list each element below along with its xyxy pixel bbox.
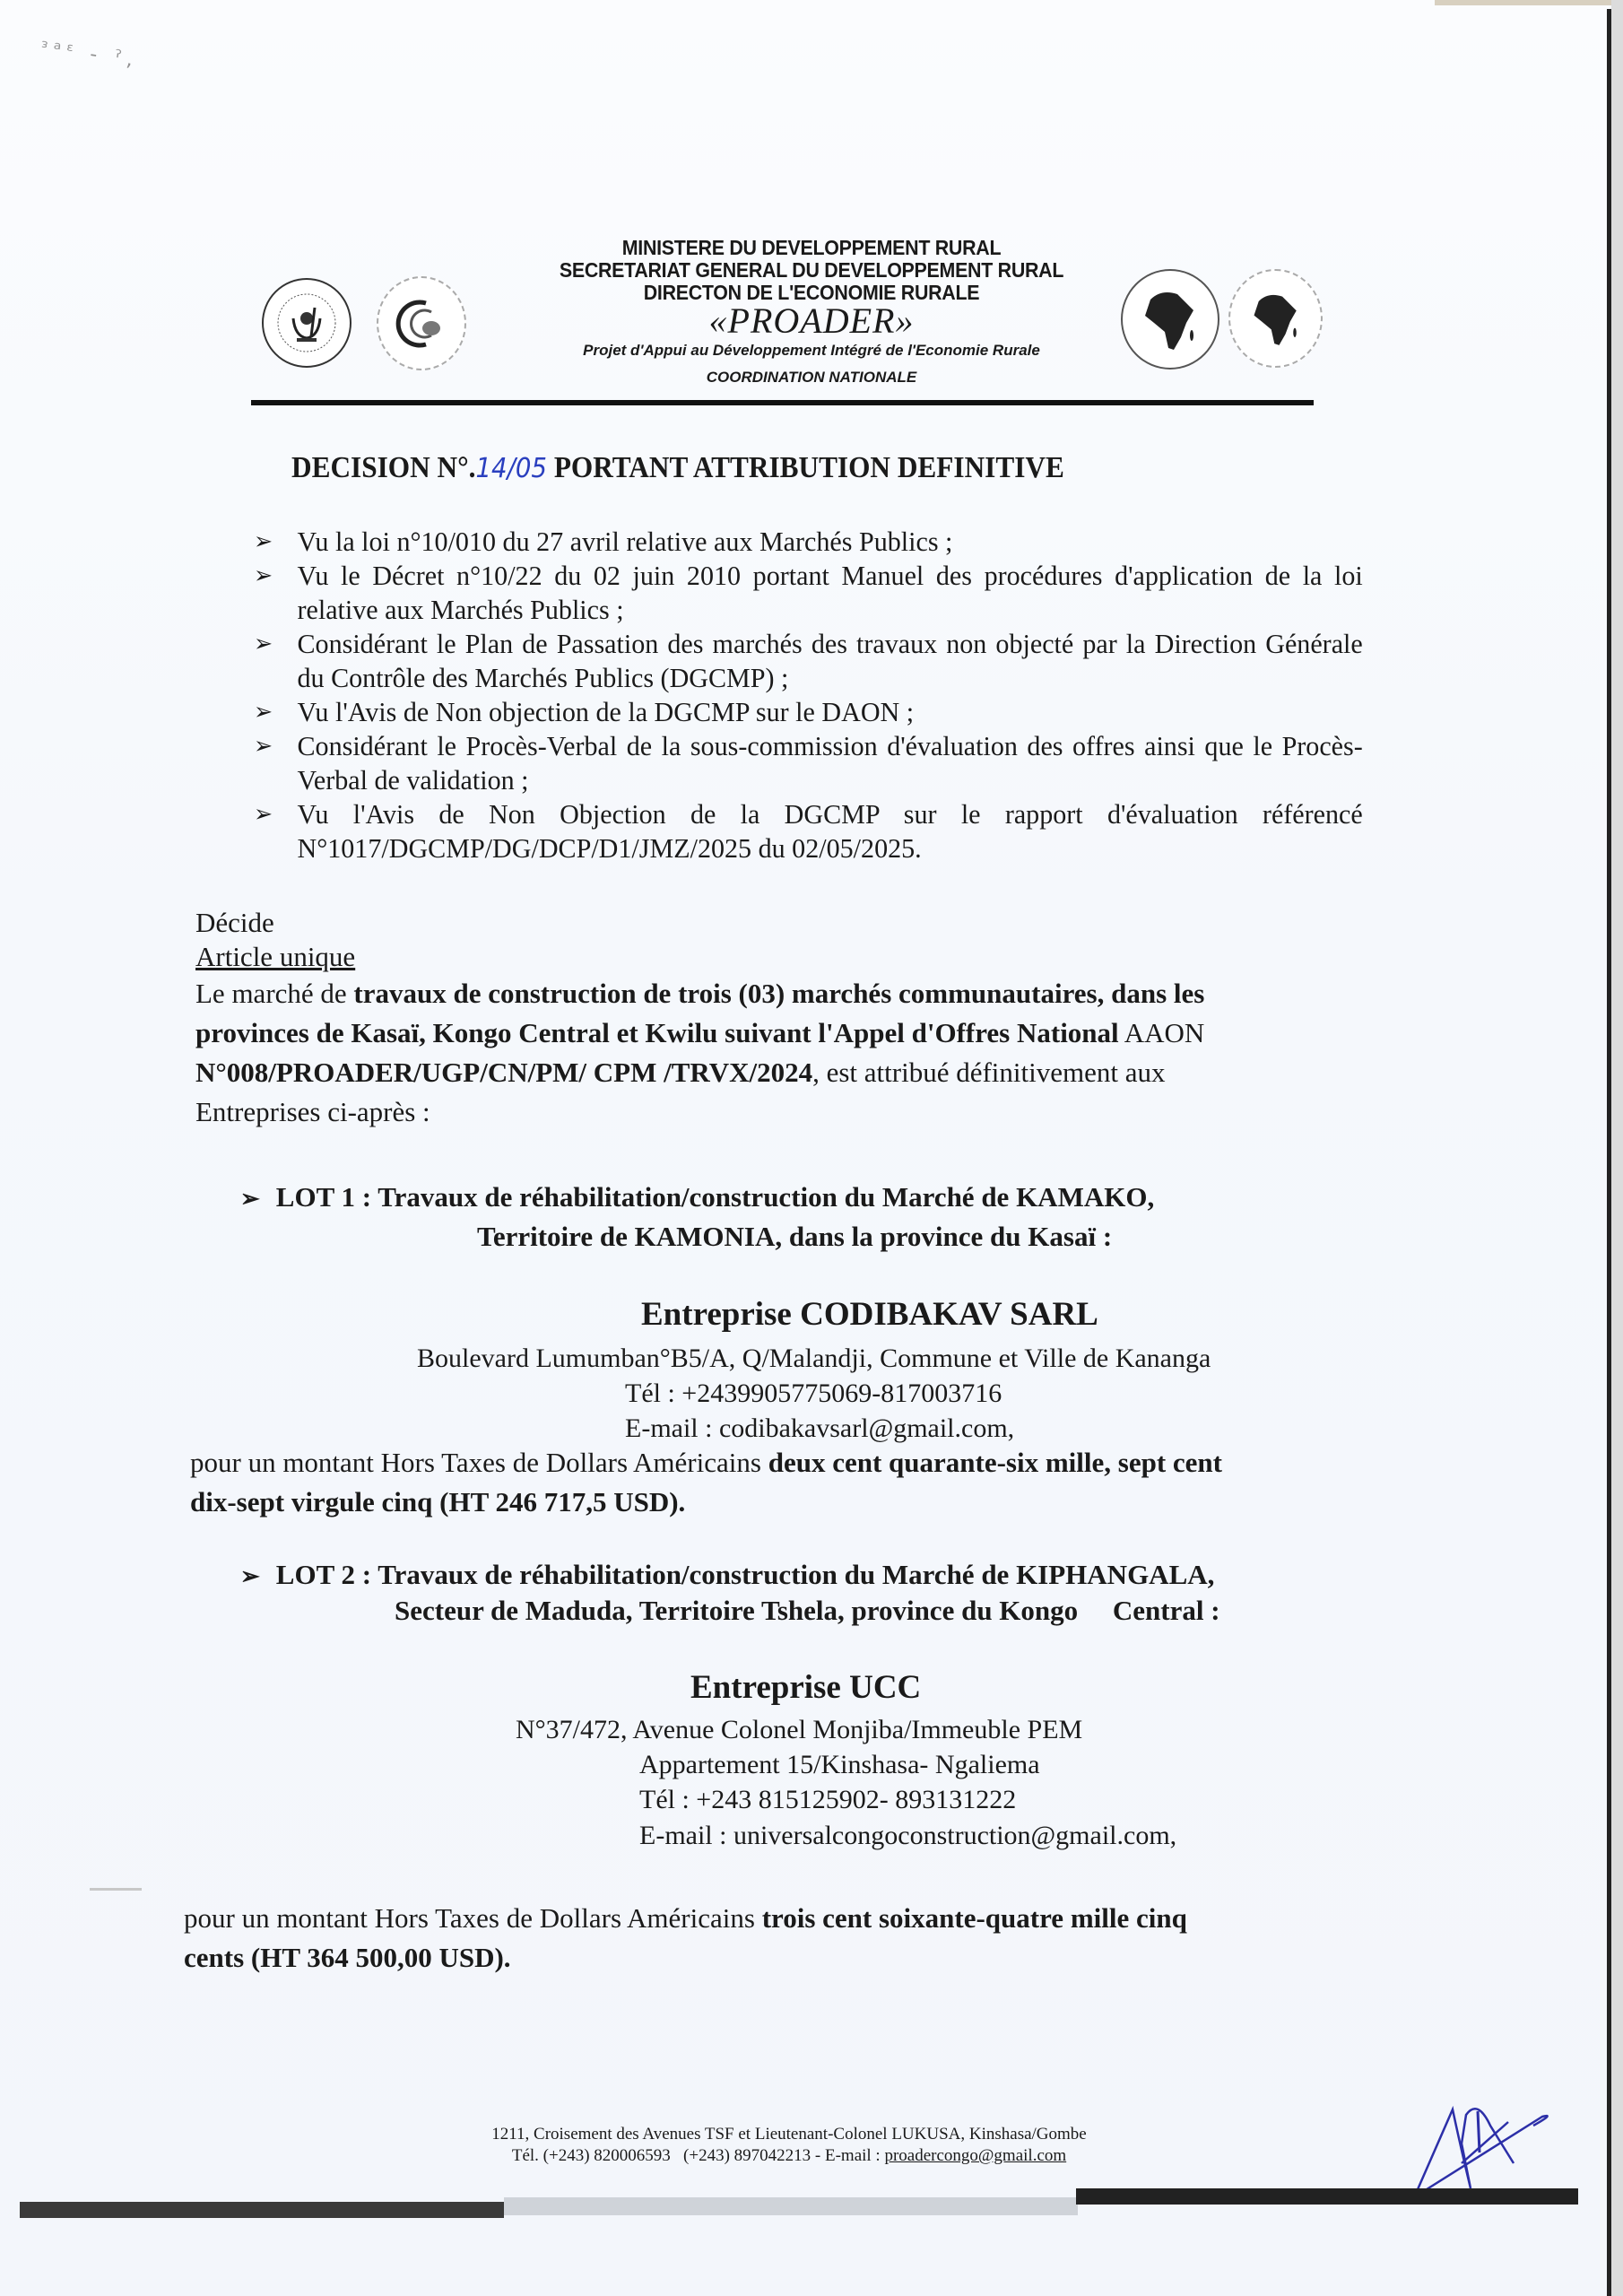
arrow-bullet-icon: ➢: [254, 695, 273, 729]
decision-line-4: Entreprises ci-après :: [195, 1092, 1402, 1132]
direction-name: DIRECTON DE L'ECONOMIE RURALE: [374, 282, 1250, 304]
handwritten-decision-number: 14/05: [475, 453, 547, 484]
lot-1-company-name: Entreprise CODIBAKAV SARL: [641, 1295, 1098, 1334]
program-name: «PROADER»: [341, 304, 1282, 338]
lot-2-heading: ➢LOT 2 : Travaux de réhabilitation/const…: [240, 1558, 1214, 1594]
lot-2-address: N°37/472, Avenue Colonel Monjiba/Immeubl…: [516, 1715, 1082, 1745]
list-item: ➢Vu le Décret n°10/22 du 02 juin 2010 po…: [254, 559, 1363, 627]
decision-line-2: provinces de Kasaï, Kongo Central et Kwi…: [195, 1013, 1402, 1053]
list-item: ➢Vu l'Avis de Non objection de la DGCMP …: [254, 695, 1363, 729]
arrow-bullet-icon: ➢: [240, 1563, 260, 1589]
arrow-bullet-icon: ➢: [254, 627, 273, 661]
list-item: ➢Considérant le Plan de Passation des ma…: [254, 627, 1363, 695]
lot-2-address-2: Appartement 15/Kinshasa- Ngaliema: [639, 1750, 1040, 1780]
coordination-label: COORDINATION NATIONALE: [341, 369, 1282, 387]
lot-2-phone: Tél : +243 815125902- 893131222: [639, 1785, 1016, 1815]
lot-1-heading: ➢LOT 1 : Travaux de réhabilitation/const…: [240, 1180, 1154, 1216]
article-label: Article unique: [195, 940, 1402, 974]
program-full-name: Projet d'Appui au Développement Intégré …: [341, 342, 1282, 360]
margin-mark: [90, 1888, 142, 1891]
header-divider: [251, 400, 1314, 405]
arrow-bullet-icon: ➢: [254, 559, 273, 593]
ministry-name: MINISTERE DU DEVELOPPEMENT RURAL: [374, 237, 1250, 259]
footer-bar-middle: [504, 2197, 1078, 2215]
footer-contacts: Tél. (+243) 820006593 (+243) 897042213 -…: [341, 2145, 1237, 2167]
decision-line-1: Le marché de travaux de construction de …: [195, 974, 1402, 1013]
scan-edge-right: [1611, 0, 1623, 2296]
arrow-bullet-icon: ➢: [254, 797, 273, 831]
lot-1-address: Boulevard Lumumban°B5/A, Q/Malandji, Com…: [417, 1344, 1211, 1374]
list-item: ➢Considérant le Procès-Verbal de la sous…: [254, 729, 1363, 797]
considerations-list: ➢Vu la loi n°10/010 du 27 avril relative…: [254, 525, 1397, 865]
lot-2-heading-line-2: Secteur de Maduda, Territoire Tshela, pr…: [395, 1594, 1220, 1628]
list-item: ➢Vu l'Avis de Non Objection de la DGCMP …: [254, 797, 1363, 865]
decision-title: DECISION N°.14/05 PORTANT ATTRIBUTION DE…: [291, 451, 1064, 485]
list-item: ➢Vu la loi n°10/010 du 27 avril relative…: [254, 525, 1363, 559]
lot-1-amount: pour un montant Hors Taxes de Dollars Am…: [190, 1446, 1396, 1519]
lot-1-email: E-mail : codibakavsarl@gmail.com,: [625, 1413, 1014, 1444]
scan-edge-top: [1435, 0, 1623, 5]
footer-bar-left: [20, 2202, 504, 2218]
footer-address-block: 1211, Croisement des Avenues TSF et Lieu…: [341, 2124, 1237, 2167]
footer-address: 1211, Croisement des Avenues TSF et Lieu…: [341, 2124, 1237, 2145]
lot-2-amount: pour un montant Hors Taxes de Dollars Am…: [184, 1901, 1390, 1975]
footer-bar-right: [1076, 2188, 1578, 2205]
letterhead: MINISTERE DU DEVELOPPEMENT RURAL SECRETA…: [341, 237, 1282, 387]
lot-2-company-name: Entreprise UCC: [690, 1668, 921, 1707]
footer-email-link[interactable]: proadercongo@gmail.com: [884, 2146, 1066, 2165]
arrow-bullet-icon: ➢: [240, 1186, 260, 1212]
lot-1-phone: Tél : +2439905775069-817003716: [625, 1378, 1002, 1409]
secretariat-name: SECRETARIAT GENERAL DU DEVELOPPEMENT RUR…: [374, 259, 1250, 282]
arrow-bullet-icon: ➢: [254, 525, 273, 559]
lot-2-email: E-mail : universalcongoconstruction@gmai…: [639, 1821, 1176, 1851]
decision-line-3: N°008/PROADER/UGP/CN/PM/ CPM /TRVX/2024,…: [195, 1053, 1402, 1092]
drc-government-seal-icon: [262, 278, 352, 368]
decision-body: Décide Article unique Le marché de trava…: [195, 906, 1402, 1132]
arrow-bullet-icon: ➢: [254, 729, 273, 763]
lot-1-heading-line-2: Territoire de KAMONIA, dans la province …: [477, 1220, 1112, 1254]
signature-icon: [1408, 2090, 1560, 2197]
decide-label: Décide: [195, 906, 1402, 940]
